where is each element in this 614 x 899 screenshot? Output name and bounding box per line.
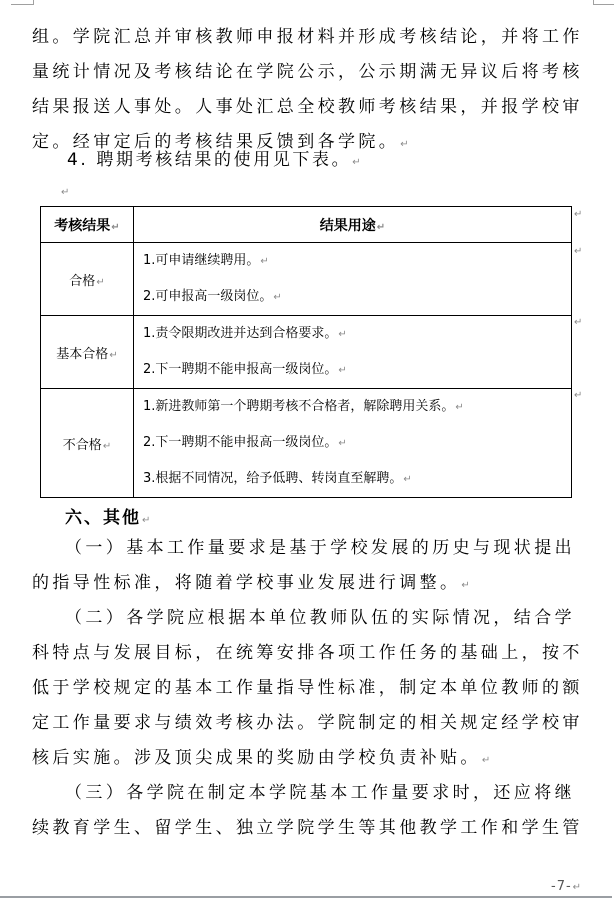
- text-line: 续教育学生、留学生、独立学院学生等其他教学工作和学生管: [32, 818, 583, 838]
- table-row: 不合格↵ 1.新进教师第一个聘期考核不合格者，解除聘用关系。↵ 2.下一聘期不能…: [41, 389, 572, 498]
- paragraph-mark: ↵: [61, 187, 69, 198]
- table-row: 基本合格↵ 1.责令限期改进并达到合格要求。↵ 2.下一聘期不能申报高一级岗位。…: [41, 316, 572, 389]
- header-result: 考核结果↵: [41, 207, 134, 243]
- result-cell: 基本合格↵: [41, 316, 134, 389]
- section-heading: 六、其他↵: [65, 503, 150, 528]
- usage-item: 2.下一聘期不能申报高一级岗位。↵: [134, 352, 571, 388]
- text-line: 核后实施。涉及顶尖成果的奖励由学校负责补贴。↵: [32, 748, 490, 771]
- paragraph-mark: ↵: [400, 139, 408, 150]
- usage-item: 1.可申请继续聘用。↵: [134, 243, 571, 279]
- row-end-mark: ↵: [574, 246, 582, 257]
- paragraph-mark: ↵: [352, 157, 360, 168]
- row-end-mark: ↵: [574, 209, 582, 220]
- text-line: （二）各学院应根据本单位教师队伍的实际情况，结合学: [65, 608, 575, 628]
- usage-cell: 1.可申请继续聘用。↵ 2.可申报高一级岗位。↵: [134, 243, 572, 316]
- usage-item: 3.根据不同情况，给予低聘、转岗直至解聘。↵: [134, 461, 571, 497]
- text-line: 组。学院汇总并审核教师申报材料并形成考核结论，并将工作: [32, 27, 583, 47]
- crop-mark-top-right: [593, 0, 614, 5]
- text-line: 结果报送人事处。人事处汇总全校教师考核结果，并报学校审: [32, 97, 583, 117]
- result-cell: 合格↵: [41, 243, 134, 316]
- text-line: 科特点与发展目标，在统筹安排各项工作任务的基础上，按不: [32, 643, 583, 663]
- page-number: -7-↵: [551, 879, 581, 894]
- table-row: 合格↵ 1.可申请继续聘用。↵ 2.可申报高一级岗位。↵: [41, 243, 572, 316]
- usage-item: 2.下一聘期不能申报高一级岗位。↵: [134, 425, 571, 461]
- usage-item: 1.责令限期改进并达到合格要求。↵: [134, 316, 571, 352]
- usage-item: 2.可申报高一级岗位。↵: [134, 279, 571, 315]
- text-line: 低于学校规定的基本工作量指导性标准，制定本单位教师的额: [32, 678, 583, 698]
- text-line: （一）基本工作量要求是基于学校发展的历史与现状提出: [65, 538, 575, 558]
- table-header-row: 考核结果↵ 结果用途↵: [41, 207, 572, 243]
- text-line: 定工作量要求与绩效考核办法。学院制定的相关规定经学校审: [32, 713, 583, 733]
- row-end-mark: ↵: [574, 317, 582, 328]
- row-end-mark: ↵: [574, 390, 582, 401]
- result-cell: 不合格↵: [41, 389, 134, 498]
- page-bottom-edge: [0, 896, 612, 898]
- text-line: （三）各学院在制定本学院基本工作量要求时，还应将继: [65, 783, 575, 803]
- usage-cell: 1.责令限期改进并达到合格要求。↵ 2.下一聘期不能申报高一级岗位。↵: [134, 316, 572, 389]
- text-line: 的指导性标准，将随着学校事业发展进行调整。↵: [32, 573, 470, 596]
- crop-mark-top-left: [11, 0, 34, 5]
- usage-cell: 1.新进教师第一个聘期考核不合格者，解除聘用关系。↵ 2.下一聘期不能申报高一级…: [134, 389, 572, 498]
- text-line: 量统计情况及考核结论在学院公示，公示期满无异议后将考核: [32, 62, 583, 82]
- usage-item: 1.新进教师第一个聘期考核不合格者，解除聘用关系。↵: [134, 389, 571, 425]
- header-usage: 结果用途↵: [134, 207, 572, 243]
- assessment-result-table: 考核结果↵ 结果用途↵ 合格↵ 1.可申请继续聘用。↵ 2.可申报高一级岗位。↵…: [40, 206, 572, 498]
